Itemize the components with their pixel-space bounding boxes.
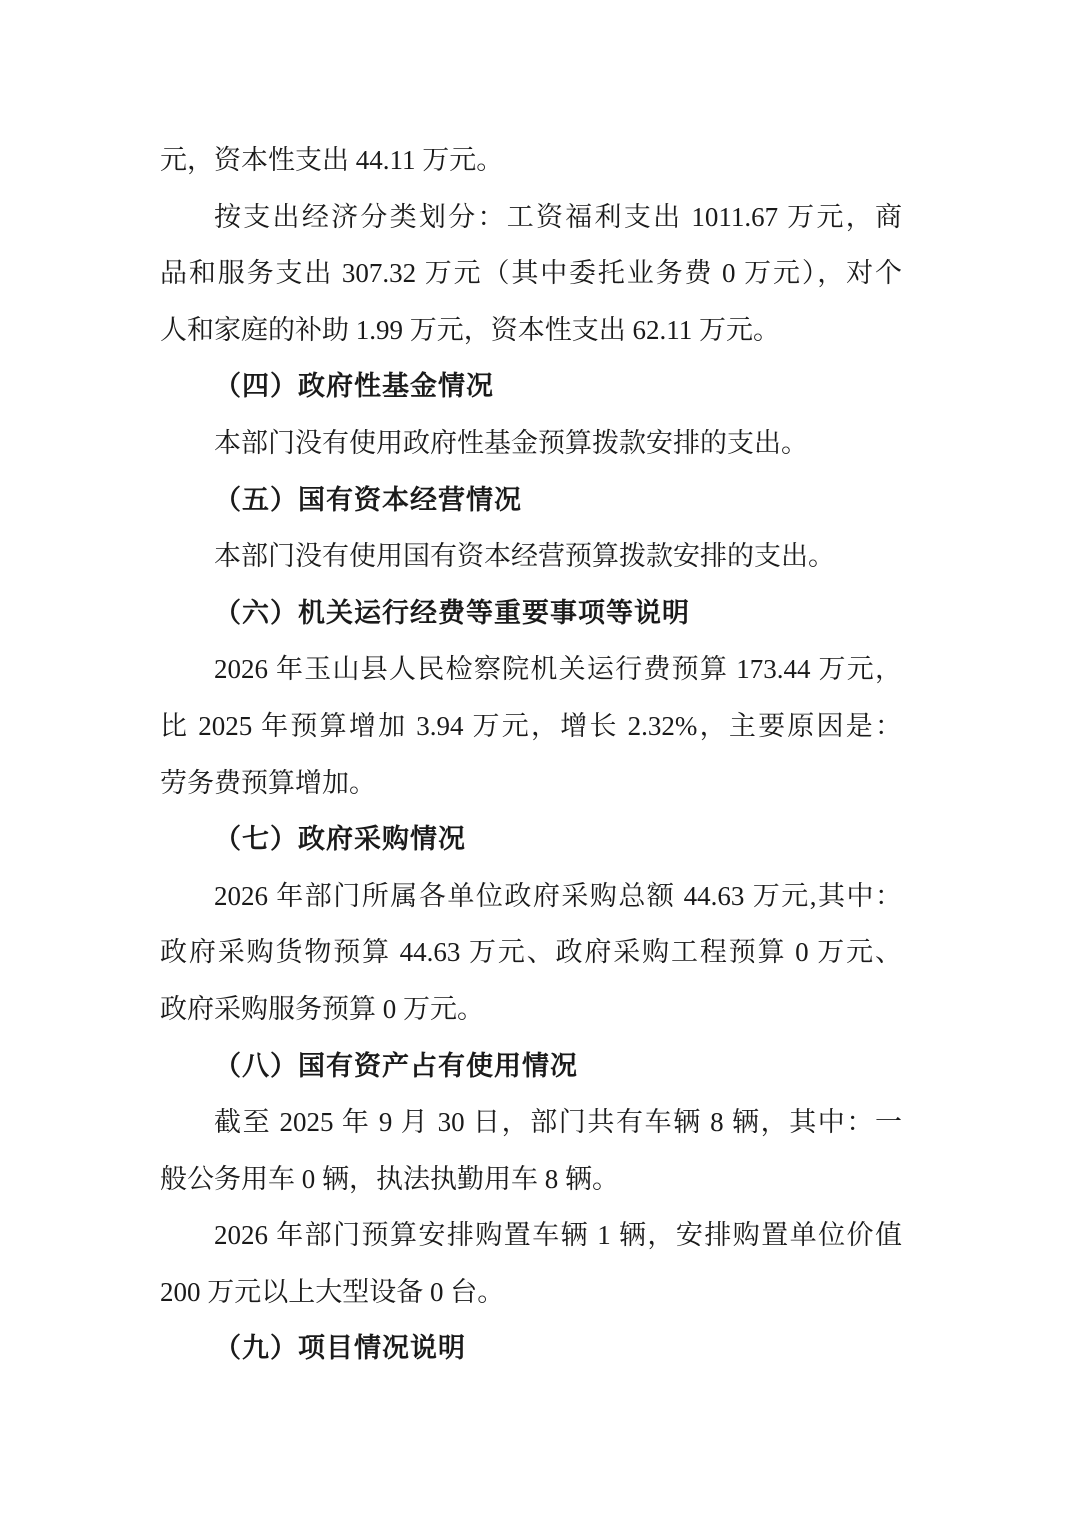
text-line: 劳务费预算增加。 xyxy=(160,755,902,812)
text-line: 元，资本性支出 44.11 万元。 xyxy=(160,132,902,189)
text-line: 政府采购服务预算 0 万元。 xyxy=(160,981,902,1038)
document-page: 元，资本性支出 44.11 万元。按支出经济分类划分：工资福利支出 1011.6… xyxy=(0,0,1074,1520)
text-line: 200 万元以上大型设备 0 台。 xyxy=(160,1264,902,1321)
text-line: 2026 年部门所属各单位政府采购总额 44.63 万元,其中： xyxy=(160,868,902,925)
section-heading: （九）项目情况说明 xyxy=(160,1320,902,1377)
text-line: 政府采购货物预算 44.63 万元、政府采购工程预算 0 万元、 xyxy=(160,924,902,981)
text-line: 2026 年部门预算安排购置车辆 1 辆，安排购置单位价值 xyxy=(160,1207,902,1264)
section-heading: （五）国有资本经营情况 xyxy=(160,472,902,529)
section-heading: （八）国有资产占有使用情况 xyxy=(160,1038,902,1095)
text-line: 截至 2025 年 9 月 30 日，部门共有车辆 8 辆，其中：一 xyxy=(160,1094,902,1151)
text-line: 人和家庭的补助 1.99 万元，资本性支出 62.11 万元。 xyxy=(160,302,902,359)
text-line: 本部门没有使用政府性基金预算拨款安排的支出。 xyxy=(160,415,902,472)
text-line: 般公务用车 0 辆，执法执勤用车 8 辆。 xyxy=(160,1151,902,1208)
text-line: 本部门没有使用国有资本经营预算拨款安排的支出。 xyxy=(160,528,902,585)
section-heading: （六）机关运行经费等重要事项等说明 xyxy=(160,585,902,642)
text-line: 2026 年玉山县人民检察院机关运行费预算 173.44 万元， xyxy=(160,641,902,698)
document-body: 元，资本性支出 44.11 万元。按支出经济分类划分：工资福利支出 1011.6… xyxy=(160,132,902,1377)
text-line: 比 2025 年预算增加 3.94 万元，增长 2.32%，主要原因是： xyxy=(160,698,902,755)
text-line: 品和服务支出 307.32 万元（其中委托业务费 0 万元），对个 xyxy=(160,245,902,302)
section-heading: （四）政府性基金情况 xyxy=(160,358,902,415)
text-line: 按支出经济分类划分：工资福利支出 1011.67 万元，商 xyxy=(160,189,902,246)
section-heading: （七）政府采购情况 xyxy=(160,811,902,868)
